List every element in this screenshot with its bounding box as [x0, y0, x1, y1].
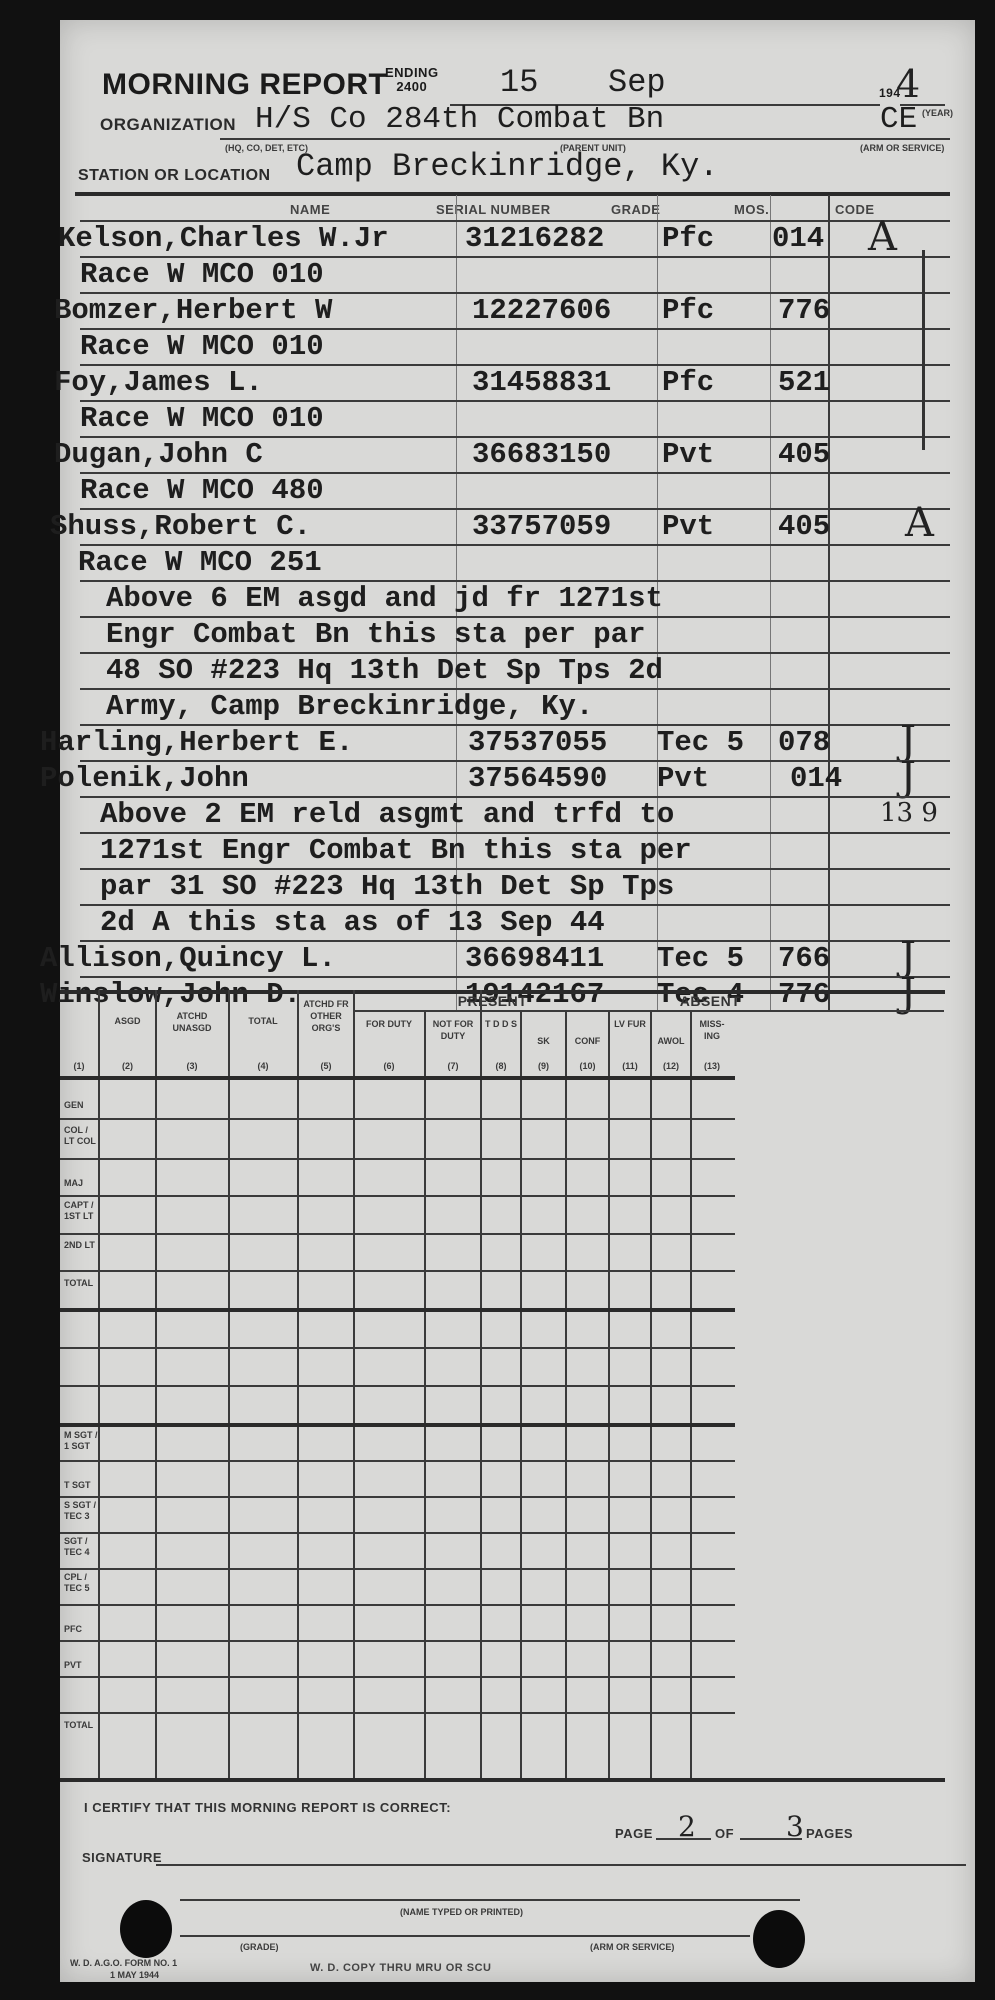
- roster-remark: par 31 SO #223 Hq 13th Det Sp Tps: [100, 870, 674, 903]
- roster-mos: 014: [772, 222, 824, 255]
- grade-label: SGT / TEC 4: [64, 1536, 98, 1558]
- name-typed-caption: (NAME TYPED OR PRINTED): [400, 1907, 523, 1917]
- grade-label: S SGT / TEC 3: [64, 1500, 98, 1522]
- roster-remark: Race W MCO 010: [80, 258, 324, 291]
- col-label: TOTAL: [230, 1015, 296, 1027]
- month-value: Sep: [608, 64, 666, 101]
- grade-caption: (GRADE): [240, 1942, 279, 1952]
- col-header-serial: SERIAL NUMBER: [436, 202, 551, 217]
- col-label: T D D S: [482, 1018, 520, 1030]
- ending-label: ENDING 2400: [385, 66, 439, 94]
- col-num: (3): [157, 1060, 227, 1072]
- copy-note: W. D. COPY THRU MRU OR SCU: [310, 1962, 491, 1974]
- roster-serial: 36698411: [465, 942, 604, 975]
- organization-label: ORGANIZATION: [100, 115, 236, 135]
- grade-label: TOTAL: [64, 1720, 93, 1731]
- grade-rule: [60, 1532, 735, 1534]
- roster-grade: Pfc: [662, 294, 714, 327]
- col-label: ATCHD FR OTHER ORG'S: [299, 998, 353, 1034]
- roster-remark: Race W MCO 480: [80, 474, 324, 507]
- strength-table: PRESENT ABSENT (1) ASGD (2) ATCHD UNASGD…: [60, 990, 960, 1790]
- roster-grade: Pvt: [662, 510, 714, 543]
- signature-label: SIGNATURE: [82, 1850, 162, 1865]
- roster-serial: 33757059: [472, 510, 611, 543]
- arm-service-caption-footer: (ARM OR SERVICE): [590, 1942, 674, 1952]
- col-label: AWOL: [652, 1035, 690, 1047]
- col-num: (12): [652, 1060, 690, 1072]
- col-num: (6): [355, 1060, 423, 1072]
- grade-rule: [60, 1347, 735, 1349]
- grade-label: PFC: [64, 1624, 82, 1635]
- col-label: CONF: [567, 1035, 608, 1047]
- roster-serial: 12227606: [472, 294, 611, 327]
- col-num: (7): [426, 1060, 480, 1072]
- roster-mos: 405: [778, 510, 830, 543]
- roster-grade: Tec 5: [657, 726, 744, 759]
- grade-rule: [60, 1423, 735, 1427]
- roster-remark: Engr Combat Bn this sta per par: [106, 618, 646, 651]
- grade-label: MAJ: [64, 1178, 83, 1189]
- grade-rule: [60, 1604, 735, 1606]
- name-typed-line: [180, 1899, 800, 1901]
- grade-rule: [60, 1712, 735, 1714]
- grade-label: COL / LT COL: [64, 1125, 98, 1147]
- form-title: MORNING REPORT: [102, 68, 387, 102]
- roster-remark: 2d A this sta as of 13 Sep 44: [100, 906, 605, 939]
- roster-grade: Pfc: [662, 366, 714, 399]
- col-num: (1): [60, 1060, 98, 1072]
- roster-remark: 48 SO #223 Hq 13th Det Sp Tps 2d: [106, 654, 663, 687]
- binder-hole-left: [120, 1900, 172, 1958]
- roster-code-handwritten: A: [905, 500, 934, 546]
- page-label: PAGE: [615, 1826, 653, 1841]
- roster-name: Harling,Herbert E.: [40, 726, 353, 759]
- grade-rule: [60, 1568, 735, 1570]
- col-header-grade: GRADE: [611, 202, 660, 217]
- roster-mos: 014: [790, 762, 842, 795]
- roster-grade: Pfc: [662, 222, 714, 255]
- header-divider: [75, 192, 950, 196]
- roster-remark: 1271st Engr Combat Bn this sta per: [100, 834, 692, 867]
- col-label: MISS-ING: [692, 1018, 732, 1042]
- signature-line[interactable]: [156, 1864, 966, 1866]
- col-label: NOT FOR DUTY: [426, 1018, 480, 1042]
- grade-rule-officers-total: [60, 1308, 735, 1312]
- roster-name: Shuss,Robert C.: [50, 510, 311, 543]
- grade-rule: [60, 1676, 735, 1678]
- roster-name: Kelson,Charles W.Jr: [58, 222, 389, 255]
- header-bottom-rule: [60, 1076, 735, 1080]
- roster-mos: 405: [778, 438, 830, 471]
- roster-serial: 31216282: [465, 222, 604, 255]
- absent-group-header: ABSENT: [480, 993, 940, 1009]
- roster-serial: 37537055: [468, 726, 607, 759]
- form-number: W. D. A.G.O. FORM NO. 1: [70, 1958, 177, 1968]
- station-value: Camp Breckinridge, Ky.: [296, 148, 718, 185]
- col-line: [520, 1010, 522, 1780]
- grade-label: CAPT / 1ST LT: [64, 1200, 98, 1222]
- page-number-handwritten: 2: [678, 1810, 696, 1843]
- roster-mos: 521: [778, 366, 830, 399]
- col-line: [650, 1010, 652, 1780]
- grade-rule: [60, 1118, 735, 1120]
- roster-code-handwritten: A: [868, 214, 897, 260]
- roster-name: Polenik,John: [40, 762, 249, 795]
- col-label: FOR DUTY: [355, 1018, 423, 1030]
- grade-arm-line: [180, 1935, 750, 1937]
- grade-label: GEN: [64, 1100, 84, 1111]
- grade-rule: [60, 1233, 735, 1235]
- grade-rule: [60, 1496, 735, 1498]
- roster-grade: Pvt: [657, 762, 709, 795]
- roster-grade: Pvt: [662, 438, 714, 471]
- arm-service-caption: (ARM OR SERVICE): [860, 143, 944, 153]
- roster-grade: Tec 5: [657, 942, 744, 975]
- grade-label: M SGT / 1 SGT: [64, 1430, 98, 1452]
- group-header-rule: [354, 1010, 944, 1012]
- col-label: SK: [522, 1035, 565, 1047]
- grade-rule: [60, 1385, 735, 1387]
- roster-name: Foy,James L.: [54, 366, 263, 399]
- arm-service-value: CE: [880, 102, 917, 137]
- form-date: 1 MAY 1944: [110, 1970, 159, 1980]
- grade-label: PVT: [64, 1660, 82, 1671]
- col-num: (10): [567, 1060, 608, 1072]
- col-num: (13): [692, 1060, 732, 1072]
- organization-value: H/S Co 284th Combat Bn: [255, 102, 664, 137]
- roster-serial: 37564590: [468, 762, 607, 795]
- binder-hole-right: [753, 1910, 805, 1968]
- col-num: (2): [100, 1060, 155, 1072]
- station-label: STATION OR LOCATION: [78, 167, 271, 185]
- grade-rule: [60, 1460, 735, 1462]
- grade-label: 2ND LT: [64, 1240, 95, 1251]
- col-header-mos: MOS.: [734, 202, 769, 217]
- roster-code-handwritten-date: 13 9: [880, 798, 938, 828]
- roster-mos: 766: [778, 942, 830, 975]
- roster-name: Dugan,John C: [54, 438, 263, 471]
- roster-mos: 776: [778, 294, 830, 327]
- col-line: [690, 1010, 692, 1780]
- pages-label: PAGES: [806, 1826, 853, 1841]
- roster-mos: 078: [778, 726, 830, 759]
- col-num: (5): [299, 1060, 353, 1072]
- col-label: LV FUR: [610, 1018, 650, 1030]
- grade-rule: [60, 1270, 735, 1272]
- roster-col-divider-mos: [770, 195, 771, 1010]
- page-total-handwritten: 3: [786, 1810, 804, 1843]
- roster-serial: 31458831: [472, 366, 611, 399]
- certify-statement: I CERTIFY THAT THIS MORNING REPORT IS CO…: [84, 1800, 451, 1815]
- grade-rule: [60, 1640, 735, 1642]
- col-header-name: NAME: [290, 202, 330, 217]
- col-num: (9): [522, 1060, 565, 1072]
- col-num: (4): [230, 1060, 296, 1072]
- day-value: 15: [500, 64, 538, 101]
- roster-name: Allison,Quincy L.: [40, 942, 336, 975]
- roster-remark: Above 2 EM reld asgmt and trfd to: [100, 798, 674, 831]
- grade-label: T SGT: [64, 1480, 91, 1491]
- grade-label: TOTAL: [64, 1278, 93, 1289]
- col-num: (11): [610, 1060, 650, 1072]
- roster-remark: Race W MCO 251: [78, 546, 322, 579]
- roster-remark: Above 6 EM asgd and jd fr 1271st: [106, 582, 663, 615]
- grade-rule: [60, 1158, 735, 1160]
- col-line: [424, 1010, 426, 1780]
- col-num: (8): [482, 1060, 520, 1072]
- roster-name: Bomzer,Herbert W: [54, 294, 332, 327]
- col-label: ATCHD UNASGD: [157, 1010, 227, 1034]
- grade-rule: [60, 1195, 735, 1197]
- code-ditto-line: [922, 250, 925, 450]
- col-line: [565, 1010, 567, 1780]
- roster-remark: Race W MCO 010: [80, 402, 324, 435]
- morning-report-page: MORNING REPORT ENDING 2400 15 Sep 194 4 …: [60, 20, 975, 1982]
- organization-line: [220, 138, 950, 140]
- of-label: OF: [715, 1826, 734, 1841]
- morning-report-form: MORNING REPORT ENDING 2400 15 Sep 194 4 …: [60, 20, 975, 1982]
- col-label: ASGD: [100, 1015, 155, 1027]
- grade-label: CPL / TEC 5: [64, 1572, 98, 1594]
- roster-serial: 36683150: [472, 438, 611, 471]
- roster-remark: Race W MCO 010: [80, 330, 324, 363]
- year-caption: (YEAR): [922, 108, 953, 118]
- roster-remark: Army, Camp Breckinridge, Ky.: [106, 690, 593, 723]
- year-suffix-handwritten: 4: [896, 62, 920, 106]
- col-line: [608, 1010, 610, 1780]
- table-bottom-rule: [60, 1778, 945, 1782]
- roster-code-handwritten: J: [900, 754, 916, 800]
